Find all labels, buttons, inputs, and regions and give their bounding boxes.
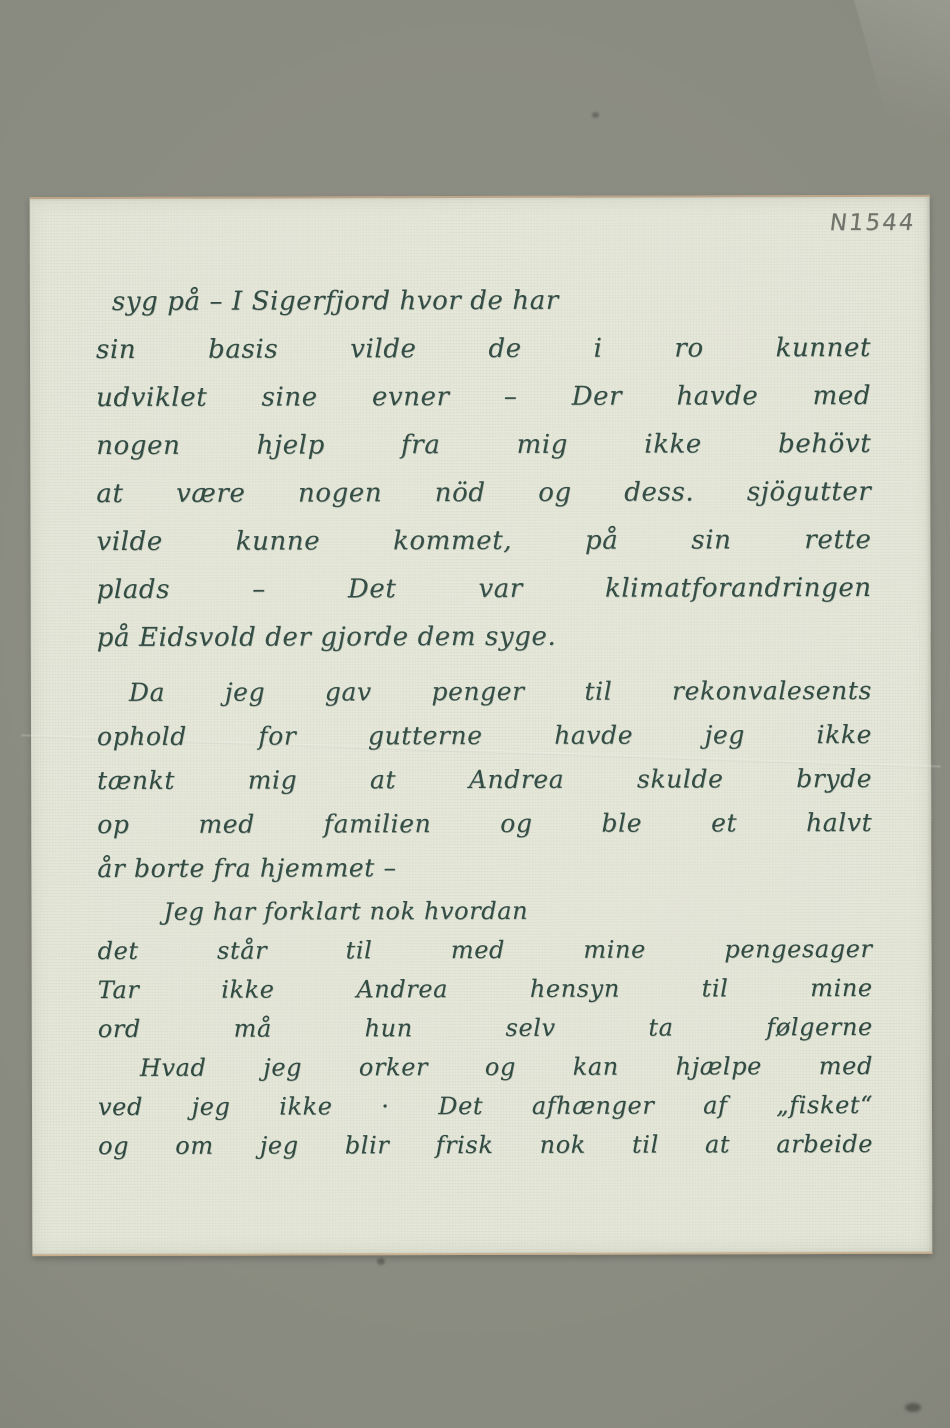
letter-line: år borte fra hjemmet – bbox=[97, 852, 462, 897]
photo-background: N1544 syg på – I Sigerfjord hvor de har … bbox=[0, 0, 950, 1428]
letter-line: nogen hjelp fra mig ikke behövt bbox=[96, 427, 871, 477]
letter-line: Hvad jeg orker og kan hjælpe med bbox=[140, 1051, 873, 1092]
letter-line: Tar ikke Andrea hensyn til mine bbox=[98, 973, 873, 1014]
letter-line: på Eidsvold der gjorde dem syge. bbox=[97, 619, 742, 669]
letter-line: ophold for gutterne havde jeg ikke bbox=[97, 719, 872, 765]
paragraph: Jeg har forklart nok hvordan det står ti… bbox=[97, 895, 873, 1170]
letter-line: op med familien og ble et halvt bbox=[97, 807, 872, 853]
letter-line: ord må hun selv ta følgerne bbox=[98, 1012, 873, 1053]
letter-line: plads – Det var klimatforandringen bbox=[97, 571, 872, 621]
letter-line: Jeg har forklart nok hvordan bbox=[163, 895, 723, 935]
letter-page: N1544 syg på – I Sigerfjord hvor de har … bbox=[30, 195, 933, 1256]
background-speck bbox=[905, 1403, 921, 1412]
letter-line: Da jeg gav penger til rekonvalesents bbox=[129, 675, 872, 721]
letter-line: tænkt mig at Andrea skulde bryde bbox=[97, 763, 872, 809]
letter-line: syg på – I Sigerfjord hvor de har bbox=[112, 283, 752, 333]
handwritten-text: syg på – I Sigerfjord hvor de har sin ba… bbox=[96, 283, 873, 1170]
paragraph: Da jeg gav penger til rekonvalesents oph… bbox=[97, 675, 873, 897]
letter-line: sin basis vilde de i ro kunnet bbox=[96, 331, 871, 381]
background-speck bbox=[377, 1258, 385, 1265]
letter-line: vilde kunne kommet, på sin rette bbox=[96, 523, 871, 573]
paragraph: syg på – I Sigerfjord hvor de har sin ba… bbox=[96, 283, 872, 669]
letter-line: udviklet sine evner – Der havde med bbox=[96, 379, 871, 429]
archival-number: N1544 bbox=[828, 210, 917, 236]
background-speck bbox=[592, 112, 599, 118]
letter-line: det står til med mine pengesager bbox=[98, 934, 873, 975]
letter-line: at være nogen nöd og dess. sjögutter bbox=[96, 475, 871, 525]
corner-light-patch bbox=[790, 0, 950, 200]
letter-line: og om jeg blir frisk nok til at arbeide bbox=[98, 1129, 873, 1170]
letter-line: ved jeg ikke · Det afhænger af „fisket“ bbox=[98, 1090, 873, 1131]
